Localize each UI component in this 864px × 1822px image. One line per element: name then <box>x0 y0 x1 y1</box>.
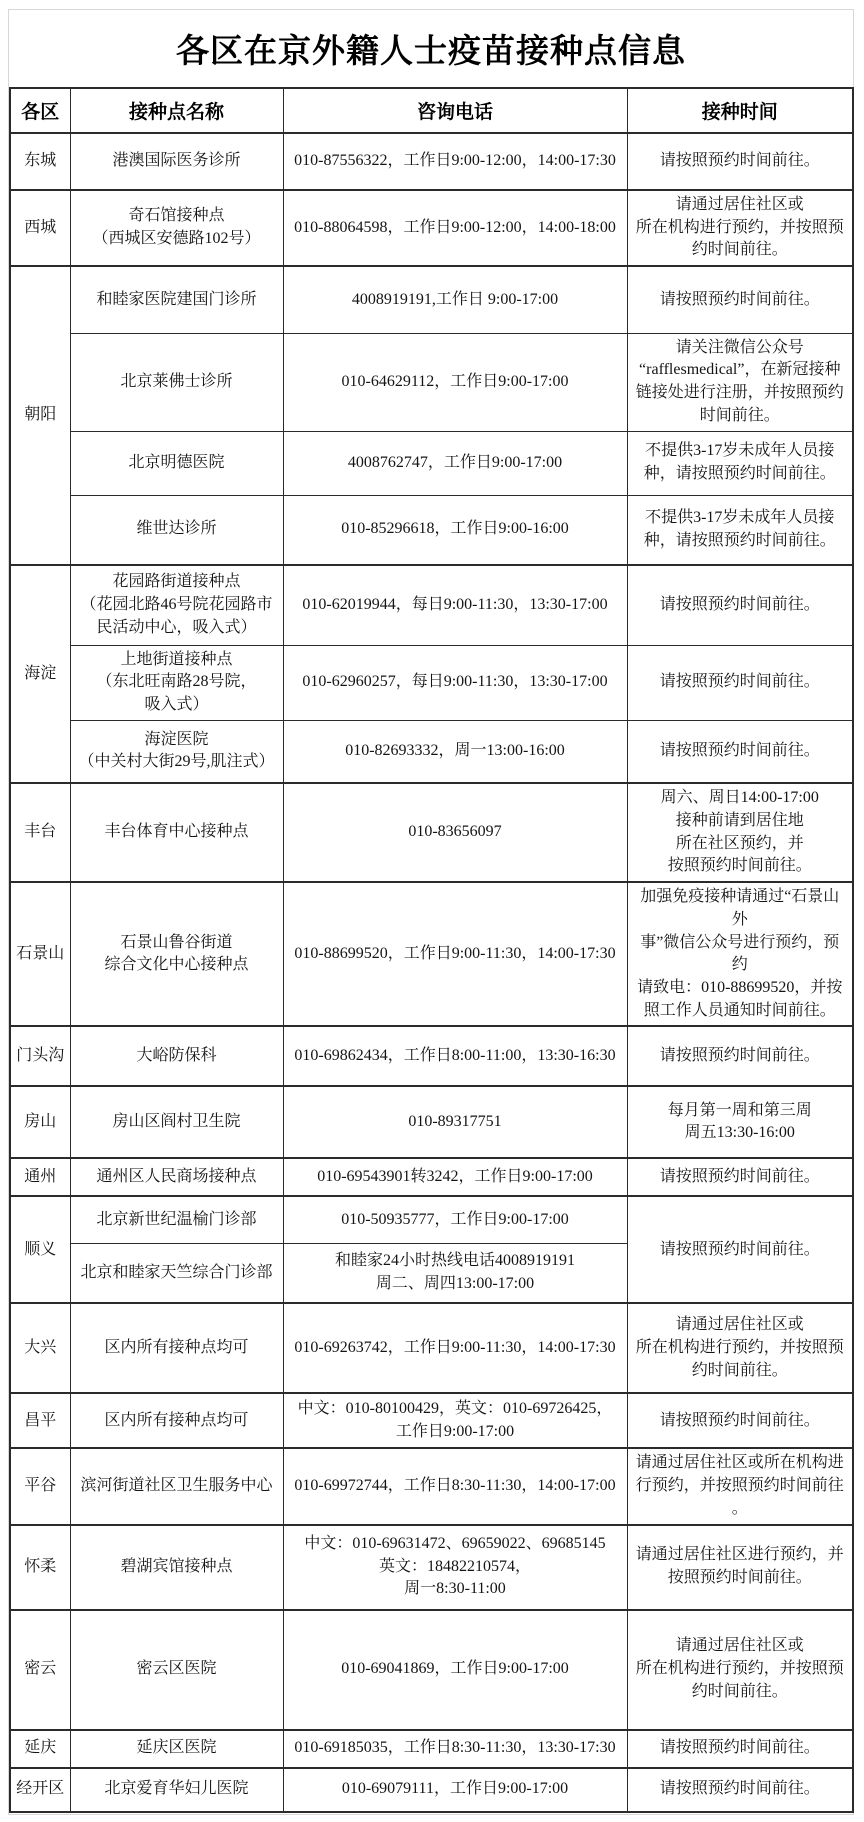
site-cell: 北京和睦家天竺综合门诊部 <box>70 1243 283 1303</box>
time-cell: 请按照预约时间前往。 <box>627 133 853 190</box>
site-cell: 丰台体育中心接种点 <box>70 783 283 882</box>
phone-cell: 010-69185035，工作日8:30-11:30，13:30-17:30 <box>283 1730 627 1768</box>
phone-cell: 4008762747，工作日9:00-17:00 <box>283 431 627 495</box>
table-row: 西城 奇石馆接种点 （西城区安德路102号） 010-88064598，工作日9… <box>10 190 853 266</box>
phone-cell: 010-88064598，工作日9:00-12:00，14:00-18:00 <box>283 190 627 266</box>
time-cell: 请按照预约时间前往。 <box>627 1393 853 1448</box>
phone-cell: 010-69041869，工作日9:00-17:00 <box>283 1610 627 1730</box>
table-row: 丰台 丰台体育中心接种点 010-83656097 周六、周日14:00-17:… <box>10 783 853 882</box>
table-row: 北京明德医院 4008762747，工作日9:00-17:00 不提供3-17岁… <box>10 431 853 495</box>
phone-cell: 010-50935777，工作日9:00-17:00 <box>283 1196 627 1243</box>
table-row: 通州 通州区人民商场接种点 010-69543901转3242，工作日9:00-… <box>10 1158 853 1196</box>
site-cell: 大峪防保科 <box>70 1026 283 1086</box>
district-cell: 顺义 <box>10 1196 70 1303</box>
site-cell: 北京莱佛士诊所 <box>70 333 283 431</box>
site-cell: 区内所有接种点均可 <box>70 1393 283 1448</box>
phone-cell: 010-62019944，每日9:00-11:30，13:30-17:00 <box>283 565 627 645</box>
phone-cell: 010-62960257，每日9:00-11:30，13:30-17:00 <box>283 645 627 720</box>
phone-cell: 010-69263742，工作日9:00-11:30，14:00-17:30 <box>283 1303 627 1393</box>
table-row: 密云 密云区医院 010-69041869，工作日9:00-17:00 请通过居… <box>10 1610 853 1730</box>
phone-cell: 010-64629112，工作日9:00-17:00 <box>283 333 627 431</box>
site-cell: 滨河街道社区卫生服务中心 <box>70 1448 283 1524</box>
district-cell: 东城 <box>10 133 70 190</box>
time-cell: 请按照预约时间前往。 <box>627 1768 853 1812</box>
table-row: 海淀医院 （中关村大街29号,肌注式） 010-82693332，周一13:00… <box>10 720 853 783</box>
time-cell: 请按照预约时间前往。 <box>627 1026 853 1086</box>
phone-cell: 中文：010-80100429，英文：010-69726425， 工作日9:00… <box>283 1393 627 1448</box>
site-cell: 上地街道接种点 （东北旺南路28号院， 吸入式） <box>70 645 283 720</box>
page-title: 各区在京外籍人士疫苗接种点信息 <box>176 25 686 72</box>
header-time: 接种时间 <box>627 88 853 133</box>
table-row: 上地街道接种点 （东北旺南路28号院， 吸入式） 010-62960257，每日… <box>10 645 853 720</box>
site-cell: 维世达诊所 <box>70 495 283 565</box>
district-cell: 通州 <box>10 1158 70 1196</box>
site-cell: 密云区医院 <box>70 1610 283 1730</box>
district-cell: 石景山 <box>10 882 70 1026</box>
district-cell: 平谷 <box>10 1448 70 1524</box>
site-cell: 港澳国际医务诊所 <box>70 133 283 190</box>
site-cell: 和睦家医院建国门诊所 <box>70 266 283 333</box>
table-row: 昌平 区内所有接种点均可 中文：010-80100429，英文：010-6972… <box>10 1393 853 1448</box>
table-row: 平谷 滨河街道社区卫生服务中心 010-69972744，工作日8:30-11:… <box>10 1448 853 1524</box>
table-row: 大兴 区内所有接种点均可 010-69263742，工作日9:00-11:30，… <box>10 1303 853 1393</box>
phone-cell: 4008919191,工作日 9:00-17:00 <box>283 266 627 333</box>
time-cell: 不提供3-17岁未成年人员接 种，请按照预约时间前往。 <box>627 495 853 565</box>
table-row: 朝阳 和睦家医院建国门诊所 4008919191,工作日 9:00-17:00 … <box>10 266 853 333</box>
time-cell: 请按照预约时间前往。 <box>627 645 853 720</box>
table-row: 维世达诊所 010-85296618，工作日9:00-16:00 不提供3-17… <box>10 495 853 565</box>
title-area: 各区在京外籍人士疫苗接种点信息 <box>9 10 853 87</box>
header-site: 接种点名称 <box>70 88 283 133</box>
time-cell: 请关注微信公众号 “rafflesmedical”，在新冠接种 链接处进行注册，… <box>627 333 853 431</box>
site-cell: 北京新世纪温榆门诊部 <box>70 1196 283 1243</box>
site-cell: 花园路街道接种点 （花园北路46号院花园路市 民活动中心，吸入式） <box>70 565 283 645</box>
phone-cell: 010-69972744，工作日8:30-11:30，14:00-17:00 <box>283 1448 627 1524</box>
time-cell: 请按照预约时间前往。 <box>627 1158 853 1196</box>
phone-cell: 010-69862434，工作日8:00-11:00，13:30-16:30 <box>283 1026 627 1086</box>
time-cell: 请按照预约时间前往。 <box>627 1196 853 1303</box>
table-row: 门头沟 大峪防保科 010-69862434，工作日8:00-11:00，13:… <box>10 1026 853 1086</box>
site-cell: 奇石馆接种点 （西城区安德路102号） <box>70 190 283 266</box>
table-row: 顺义 北京新世纪温榆门诊部 010-50935777，工作日9:00-17:00… <box>10 1196 853 1243</box>
time-cell: 请按照预约时间前往。 <box>627 565 853 645</box>
phone-cell: 010-82693332，周一13:00-16:00 <box>283 720 627 783</box>
table-header-row: 各区 接种点名称 咨询电话 接种时间 <box>10 88 853 133</box>
district-cell: 密云 <box>10 1610 70 1730</box>
site-cell: 北京爱育华妇儿医院 <box>70 1768 283 1812</box>
time-cell: 请按照预约时间前往。 <box>627 266 853 333</box>
time-cell: 加强免疫接种请通过“石景山外 事”微信公众号进行预约，预约 请致电：010-88… <box>627 882 853 1026</box>
table-row: 东城 港澳国际医务诊所 010-87556322，工作日9:00-12:00，1… <box>10 133 853 190</box>
district-cell: 怀柔 <box>10 1525 70 1610</box>
time-cell: 不提供3-17岁未成年人员接 种，请按照预约时间前往。 <box>627 431 853 495</box>
district-cell: 海淀 <box>10 565 70 783</box>
table-row: 海淀 花园路街道接种点 （花园北路46号院花园路市 民活动中心，吸入式） 010… <box>10 565 853 645</box>
time-cell: 请通过居住社区或 所在机构进行预约，并按照预 约时间前往。 <box>627 1610 853 1730</box>
time-cell: 请通过居住社区或 所在机构进行预约，并按照预 约时间前往。 <box>627 190 853 266</box>
phone-cell: 和睦家24小时热线电话4008919191 周二、周四13:00-17:00 <box>283 1243 627 1303</box>
header-district: 各区 <box>10 88 70 133</box>
header-phone: 咨询电话 <box>283 88 627 133</box>
site-cell: 房山区阎村卫生院 <box>70 1086 283 1158</box>
time-cell: 请通过居住社区或所在机构进 行预约，并按照预约时间前往 。 <box>627 1448 853 1524</box>
site-cell: 碧湖宾馆接种点 <box>70 1525 283 1610</box>
district-cell: 经开区 <box>10 1768 70 1812</box>
site-cell: 石景山鲁谷街道 综合文化中心接种点 <box>70 882 283 1026</box>
time-cell: 每月第一周和第三周 周五13:30-16:00 <box>627 1086 853 1158</box>
time-cell: 请按照预约时间前往。 <box>627 1730 853 1768</box>
district-cell: 西城 <box>10 190 70 266</box>
time-cell: 周六、周日14:00-17:00 接种前请到居住地 所在社区预约，并 按照预约时… <box>627 783 853 882</box>
phone-cell: 010-85296618，工作日9:00-16:00 <box>283 495 627 565</box>
phone-cell: 中文：010-69631472、69659022、69685145 英文：184… <box>283 1525 627 1610</box>
district-cell: 大兴 <box>10 1303 70 1393</box>
table-row: 石景山 石景山鲁谷街道 综合文化中心接种点 010-88699520，工作日9:… <box>10 882 853 1026</box>
vaccination-table: 各区 接种点名称 咨询电话 接种时间 东城 港澳国际医务诊所 010-87556… <box>9 87 854 1813</box>
phone-cell: 010-88699520，工作日9:00-11:30，14:00-17:30 <box>283 882 627 1026</box>
table-row: 北京莱佛士诊所 010-64629112，工作日9:00-17:00 请关注微信… <box>10 333 853 431</box>
site-cell: 通州区人民商场接种点 <box>70 1158 283 1196</box>
document-page: 各区在京外籍人士疫苗接种点信息 各区 接种点名称 咨询电话 接种时间 东城 港澳… <box>8 9 854 1815</box>
time-cell: 请按照预约时间前往。 <box>627 720 853 783</box>
table-row: 经开区 北京爱育华妇儿医院 010-69079111，工作日9:00-17:00… <box>10 1768 853 1812</box>
district-cell: 丰台 <box>10 783 70 882</box>
phone-cell: 010-69543901转3242，工作日9:00-17:00 <box>283 1158 627 1196</box>
time-cell: 请通过居住社区或 所在机构进行预约，并按照预 约时间前往。 <box>627 1303 853 1393</box>
district-cell: 房山 <box>10 1086 70 1158</box>
district-cell: 延庆 <box>10 1730 70 1768</box>
site-cell: 延庆区医院 <box>70 1730 283 1768</box>
table-row: 房山 房山区阎村卫生院 010-89317751 每月第一周和第三周 周五13:… <box>10 1086 853 1158</box>
table-row: 怀柔 碧湖宾馆接种点 中文：010-69631472、69659022、6968… <box>10 1525 853 1610</box>
phone-cell: 010-87556322，工作日9:00-12:00，14:00-17:30 <box>283 133 627 190</box>
site-cell: 海淀医院 （中关村大街29号,肌注式） <box>70 720 283 783</box>
district-cell: 朝阳 <box>10 266 70 565</box>
site-cell: 区内所有接种点均可 <box>70 1303 283 1393</box>
district-cell: 门头沟 <box>10 1026 70 1086</box>
table-row: 延庆 延庆区医院 010-69185035，工作日8:30-11:30，13:3… <box>10 1730 853 1768</box>
site-cell: 北京明德医院 <box>70 431 283 495</box>
phone-cell: 010-89317751 <box>283 1086 627 1158</box>
district-cell: 昌平 <box>10 1393 70 1448</box>
phone-cell: 010-83656097 <box>283 783 627 882</box>
time-cell: 请通过居住社区进行预约，并 按照预约时间前往。 <box>627 1525 853 1610</box>
phone-cell: 010-69079111，工作日9:00-17:00 <box>283 1768 627 1812</box>
